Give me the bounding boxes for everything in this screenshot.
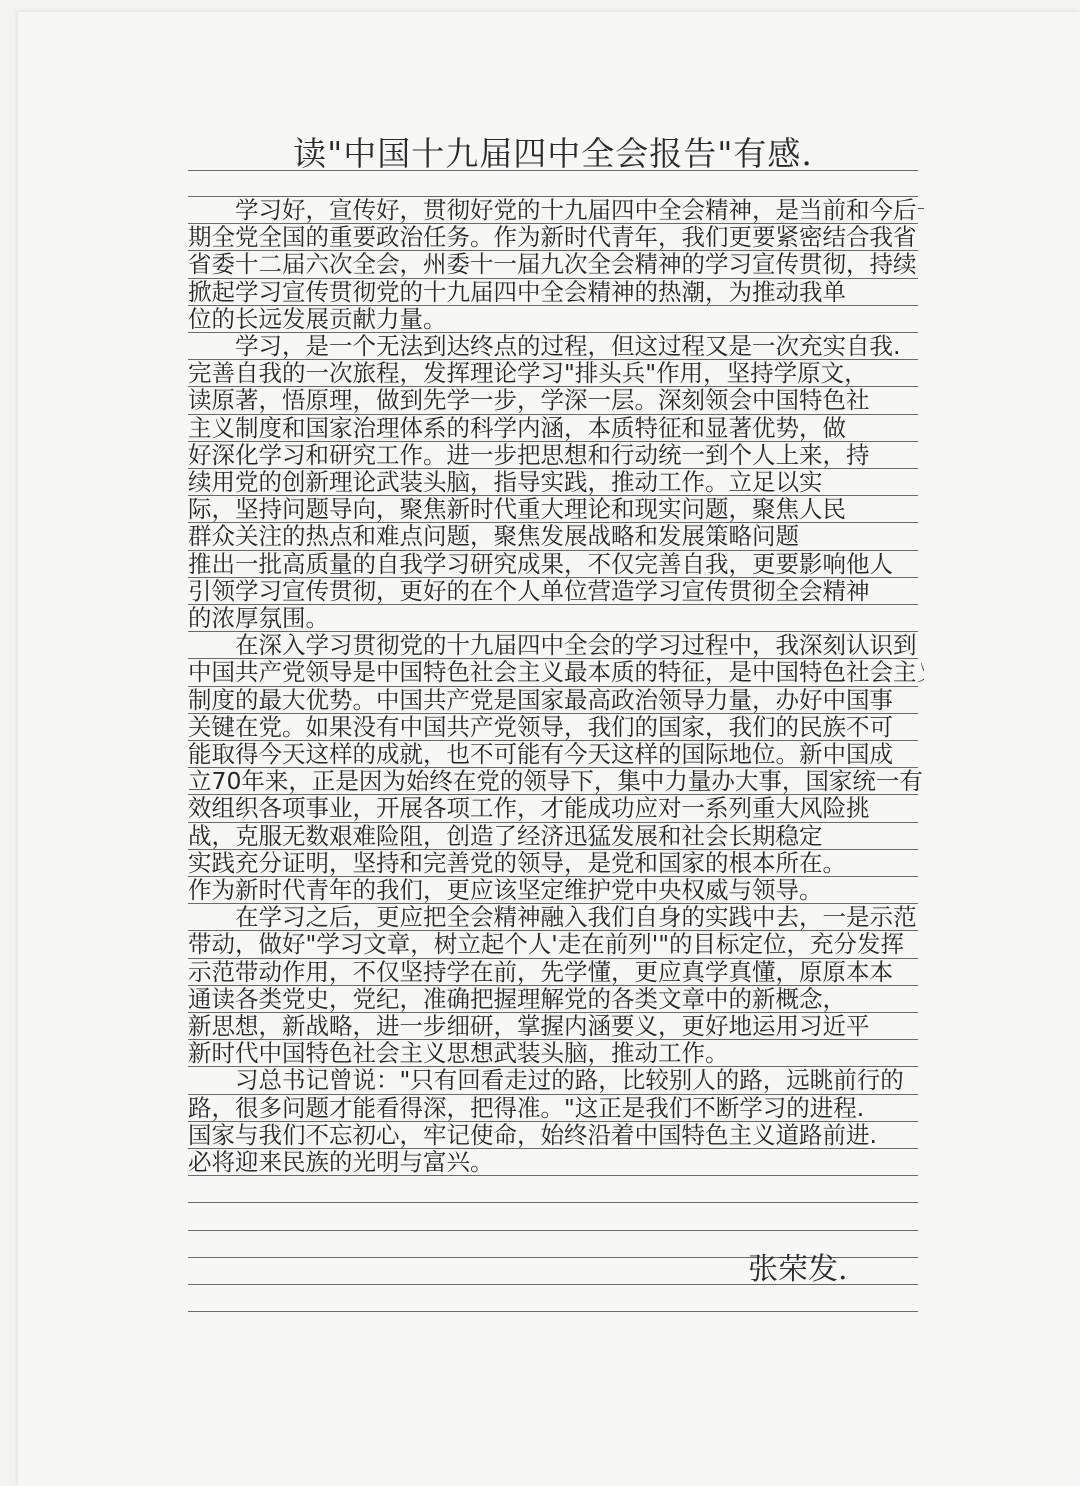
essay-line: 新思想，新战略，进一步细研，掌握内涵要义，更好地运用习近平	[188, 1013, 924, 1040]
essay-line: 掀起学习宣传贯彻党的十九届四中全会精神的热潮，为推动我单	[188, 279, 924, 306]
essay-line: 主义制度和国家治理体系的科学内涵，本质特征和显著优势，做	[188, 415, 924, 442]
essay-line: 学习好，宣传好，贯彻好党的十九届四中全会精神，是当前和今后一个时	[188, 197, 924, 224]
ruled-line	[188, 604, 918, 605]
essay-line: 续用党的创新理论武装头脑，指导实践，推动工作。立足以实	[188, 469, 924, 496]
ruled-line	[188, 794, 918, 795]
essay-line: 省委十二届六次全会，州委十一届九次全会精神的学习宣传贯彻，持续	[188, 251, 924, 278]
essay-line: 读原著，悟原理，做到先学一步，学深一层。深刻领会中国特色社	[188, 387, 924, 414]
essay-line: 完善自我的一次旅程，发挥理论学习"排头兵"作用，坚持学原文，	[188, 360, 924, 387]
essay-line: 期全党全国的重要政治任务。作为新时代青年，我们更要紧密结合我省	[188, 224, 924, 251]
essay-line: 能取得今天这样的成就，也不可能有今天这样的国际地位。新中国成	[188, 741, 924, 768]
ruled-line	[188, 822, 918, 823]
ruled-line	[188, 713, 918, 714]
ruled-line	[188, 1202, 918, 1203]
ruled-line	[188, 1148, 918, 1149]
essay-line: 必将迎来民族的光明与富兴。	[188, 1149, 924, 1176]
essay-line: 习总书记曾说："只有回看走过的路，比较别人的路，远眺前行的	[188, 1067, 924, 1094]
ruled-line	[188, 985, 918, 986]
essay-line: 带动，做好"学习文章，树立起个人'走在前列'"的目标定位，充分发挥	[188, 931, 924, 958]
ruled-line	[188, 1094, 918, 1095]
essay-line: 国家与我们不忘初心，牢记使命，始终沿着中国特色主义道路前进.	[188, 1122, 924, 1149]
ruled-line	[188, 196, 918, 197]
essay-line: 关键在党。如果没有中国共产党领导，我们的国家，我们的民族不可	[188, 714, 924, 741]
essay-line: 好深化学习和研究工作。进一步把思想和行动统一到个人上来，持	[188, 442, 924, 469]
ruled-line	[188, 332, 918, 333]
essay-line: 群众关注的热点和难点问题，聚焦发展战略和发展策略问题	[188, 523, 924, 550]
ruled-line	[188, 250, 918, 251]
essay-line: 际，坚持问题导向，聚焦新时代重大理论和现实问题，聚焦人民	[188, 496, 924, 523]
essay-title: 读"中国十九届四中全会报告"有感.	[188, 128, 918, 175]
ruled-line	[188, 740, 918, 741]
ruled-line	[188, 278, 918, 279]
essay-line: 制度的最大优势。中国共产党是国家最高政治领导力量，办好中国事	[188, 687, 924, 714]
ruled-line	[188, 1066, 918, 1067]
essay-line: 在学习之后，更应把全会精神融入我们自身的实践中去，一是示范	[188, 904, 924, 931]
ruled-line	[188, 305, 918, 306]
title-underline	[188, 170, 918, 171]
ruled-line	[188, 550, 918, 551]
ruled-line	[188, 359, 918, 360]
essay-line: 学习，是一个无法到达终点的过程，但这过程又是一次充实自我.	[188, 333, 924, 360]
essay-line: 路，很多问题才能看得深，把得准。"这正是我们不断学习的进程.	[188, 1095, 924, 1122]
essay-line: 示范带动作用，不仅坚持学在前，先学懂，更应真学真懂，原原本本	[188, 959, 924, 986]
essay-line: 实践充分证明，坚持和完善党的领导，是党和国家的根本所在。	[188, 850, 924, 877]
ruled-line	[188, 522, 918, 523]
ruled-line	[188, 958, 918, 959]
ruled-line	[188, 876, 918, 877]
ruled-line	[188, 686, 918, 687]
ruled-line	[188, 1012, 918, 1013]
essay-line: 引领学习宣传贯彻，更好的在个人单位营造学习宣传贯彻全会精神	[188, 578, 924, 605]
ruled-line	[188, 468, 918, 469]
ruled-line	[188, 441, 918, 442]
ruled-line	[188, 1230, 918, 1231]
ruled-line	[188, 414, 918, 415]
ruled-line	[188, 1121, 918, 1122]
ruled-line	[188, 767, 918, 768]
essay-line: 通读各类党史，党纪，准确把握理解党的各类文章中的新概念，	[188, 986, 924, 1013]
ruled-line	[188, 577, 918, 578]
essay-line: 推出一批高质量的自我学习研究成果，不仅完善自我，更要影响他人	[188, 551, 924, 578]
essay-line: 立70年来，正是因为始终在党的领导下，集中力量办大事，国家统一有	[188, 768, 924, 795]
ruled-line	[188, 1311, 918, 1312]
essay-line: 位的长远发展贡献力量。	[188, 306, 924, 333]
ruled-line	[188, 495, 918, 496]
ruled-line	[188, 631, 918, 632]
ruled-line	[188, 1039, 918, 1040]
essay-line: 新时代中国特色社会主义思想武装头脑，推动工作。	[188, 1040, 924, 1067]
ruled-line	[188, 903, 918, 904]
essay-line: 作为新时代青年的我们，更应该坚定维护党中央权威与领导。	[188, 877, 924, 904]
ruled-line	[188, 386, 918, 387]
author-signature: 张荣发.	[748, 1244, 848, 1288]
ruled-line	[188, 223, 918, 224]
ruled-line	[188, 658, 918, 659]
essay-line: 在深入学习贯彻党的十九届四中全会的学习过程中，我深刻认识到	[188, 632, 924, 659]
essay-line: 效组织各项事业，开展各项工作，才能成功应对一系列重大风险挑	[188, 795, 924, 822]
essay-line: 的浓厚氛围。	[188, 605, 924, 632]
ruled-line	[188, 1175, 918, 1176]
essay-line: 战，克服无数艰难险阻，创造了经济迅猛发展和社会长期稳定	[188, 823, 924, 850]
ruled-line	[188, 930, 918, 931]
essay-line: 中国共产党领导是中国特色社会主义最本质的特征，是中国特色社会主义	[188, 659, 924, 686]
ruled-line	[188, 849, 918, 850]
